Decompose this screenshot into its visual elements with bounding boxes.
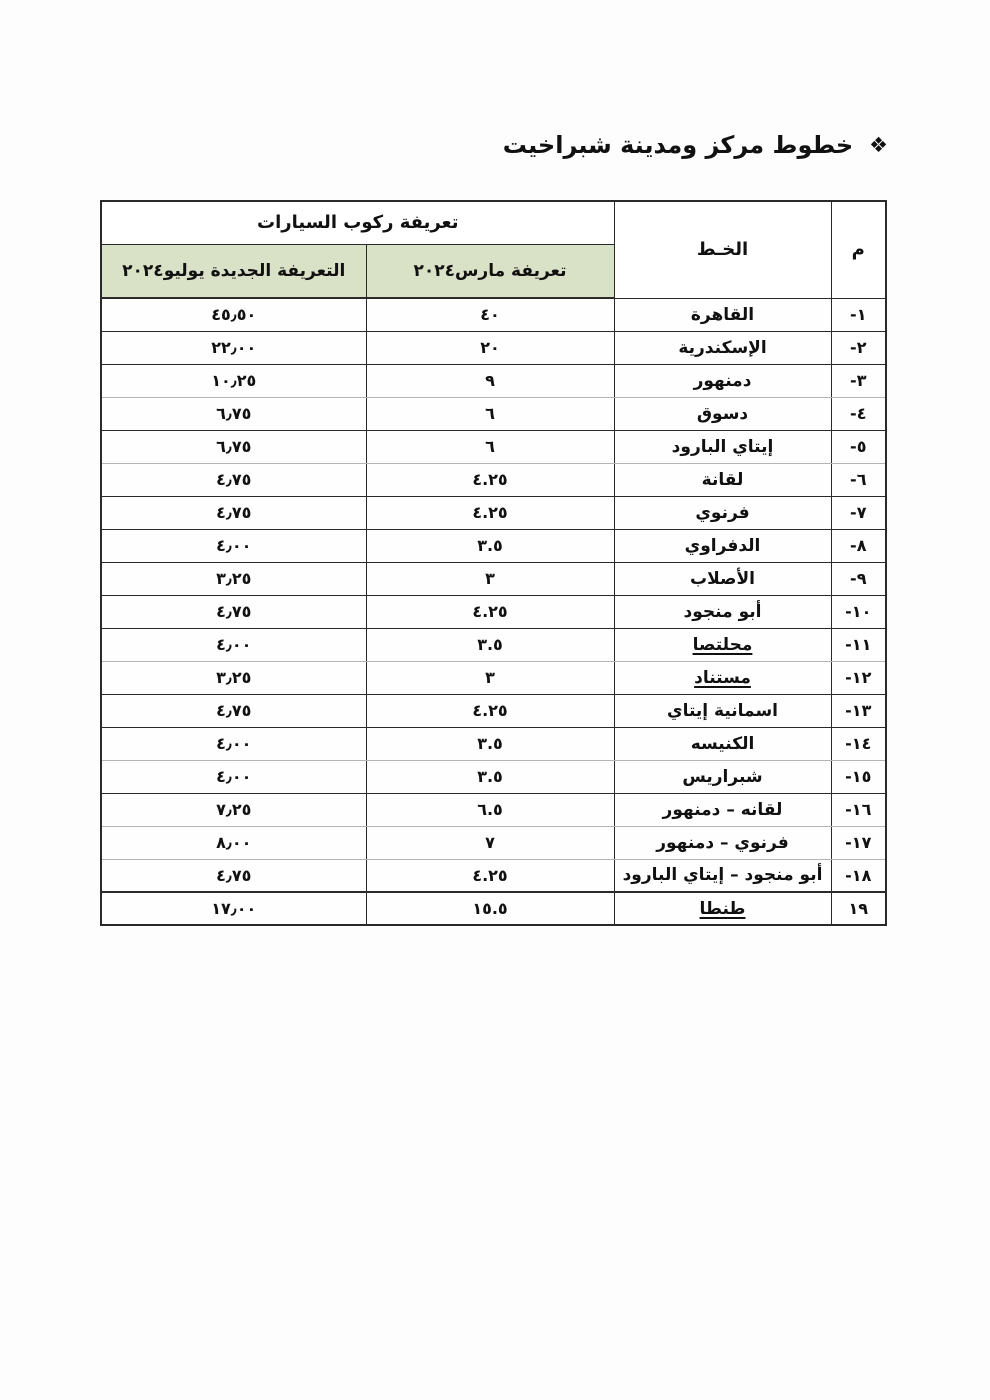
new-july-fare-cell: ٤٫٧٥: [101, 859, 366, 892]
header-march-2024: تعريفة مارس٢٠٢٤: [366, 244, 614, 298]
line-name-cell: القاهرة: [614, 298, 831, 331]
serial-cell: ٤-: [831, 397, 886, 430]
table-row: ٣-دمنهور٩١٠٫٢٥: [101, 364, 886, 397]
line-name-cell: الدفراوي: [614, 529, 831, 562]
march-fare-cell: ٤٠: [366, 298, 614, 331]
table-row: ١٧-فرنوي – دمنهور٧٨٫٠٠: [101, 826, 886, 859]
header-serial: م: [831, 201, 886, 298]
march-fare-cell: ٤.٢٥: [366, 463, 614, 496]
serial-cell: ٥-: [831, 430, 886, 463]
new-july-fare-cell: ٣٫٢٥: [101, 661, 366, 694]
table-row: ١٢-مستناد٣٣٫٢٥: [101, 661, 886, 694]
table-row: ١٦-لقانه – دمنهور٦.٥٧٫٢٥: [101, 793, 886, 826]
new-july-fare-cell: ٦٫٧٥: [101, 397, 366, 430]
serial-cell: ١٩: [831, 892, 886, 925]
table-body: ١-القاهرة٤٠٤٥٫٥٠٢-الإسكندرية٢٠٢٢٫٠٠٣-دمن…: [101, 298, 886, 925]
line-name-cell: طنطا: [614, 892, 831, 925]
line-name-cell: الإسكندرية: [614, 331, 831, 364]
new-july-fare-cell: ٤٫٠٠: [101, 760, 366, 793]
new-july-fare-cell: ٤٫٠٠: [101, 529, 366, 562]
march-fare-cell: ٦: [366, 397, 614, 430]
line-name-cell: الأصلاب: [614, 562, 831, 595]
new-july-fare-cell: ٤٫٧٥: [101, 463, 366, 496]
new-july-fare-cell: ١٠٫٢٥: [101, 364, 366, 397]
serial-cell: ١٦-: [831, 793, 886, 826]
line-name-cell: لقانه – دمنهور: [614, 793, 831, 826]
march-fare-cell: ٤.٢٥: [366, 496, 614, 529]
line-name-cell: إيتاي البارود: [614, 430, 831, 463]
new-july-fare-cell: ٤٫٠٠: [101, 628, 366, 661]
line-name-cell: أبو منجود: [614, 595, 831, 628]
new-july-fare-cell: ٤٫٧٥: [101, 595, 366, 628]
table-row: ٨-الدفراوي٣.٥٤٫٠٠: [101, 529, 886, 562]
table-row: ٦-لقانة٤.٢٥٤٫٧٥: [101, 463, 886, 496]
serial-cell: ١٨-: [831, 859, 886, 892]
line-name-cell: فرنوي: [614, 496, 831, 529]
march-fare-cell: ٧: [366, 826, 614, 859]
table-header: م الخـط تعريفة ركوب السيارات تعريفة مارس…: [101, 201, 886, 298]
new-july-fare-cell: ٤٫٧٥: [101, 496, 366, 529]
line-name-cell: الكنيسه: [614, 727, 831, 760]
serial-cell: ١-: [831, 298, 886, 331]
serial-cell: ٩-: [831, 562, 886, 595]
march-fare-cell: ٣: [366, 562, 614, 595]
document-page: ❖ خطوط مركز ومدينة شبراخيت م الخـط تعريف…: [0, 0, 990, 1400]
section-title-row: ❖ خطوط مركز ومدينة شبراخيت: [503, 131, 888, 159]
new-july-fare-cell: ٤٫٧٥: [101, 694, 366, 727]
table-row: ٩-الأصلاب٣٣٫٢٥: [101, 562, 886, 595]
underlined-line-name: طنطا: [700, 899, 746, 919]
table-row: ١٨-أبو منجود – إيتاي البارود٤.٢٥٤٫٧٥: [101, 859, 886, 892]
serial-cell: ١٢-: [831, 661, 886, 694]
line-name-cell: مستناد: [614, 661, 831, 694]
new-july-fare-cell: ٤٫٠٠: [101, 727, 366, 760]
march-fare-cell: ١٥.٥: [366, 892, 614, 925]
new-july-fare-cell: ٨٫٠٠: [101, 826, 366, 859]
line-name-cell: دسوق: [614, 397, 831, 430]
march-fare-cell: ٣.٥: [366, 628, 614, 661]
serial-cell: ٧-: [831, 496, 886, 529]
underlined-line-name: محلتصا: [693, 635, 753, 655]
march-fare-cell: ٣: [366, 661, 614, 694]
header-new-july-2024: التعريفة الجديدة يوليو٢٠٢٤: [101, 244, 366, 298]
march-fare-cell: ٤.٢٥: [366, 694, 614, 727]
line-name-cell: أبو منجود – إيتاي البارود: [614, 859, 831, 892]
serial-cell: ١٠-: [831, 595, 886, 628]
march-fare-cell: ٦: [366, 430, 614, 463]
march-fare-cell: ٢٠: [366, 331, 614, 364]
new-july-fare-cell: ٤٥٫٥٠: [101, 298, 366, 331]
table-row: ١٥-شبراريس٣.٥٤٫٠٠: [101, 760, 886, 793]
page-title: خطوط مركز ومدينة شبراخيت: [503, 131, 853, 159]
march-fare-cell: ٤.٢٥: [366, 859, 614, 892]
underlined-line-name: مستناد: [694, 668, 751, 688]
march-fare-cell: ٣.٥: [366, 529, 614, 562]
line-name-cell: لقانة: [614, 463, 831, 496]
line-name-cell: دمنهور: [614, 364, 831, 397]
march-fare-cell: ٣.٥: [366, 760, 614, 793]
serial-cell: ٨-: [831, 529, 886, 562]
serial-cell: ١٧-: [831, 826, 886, 859]
march-fare-cell: ٦.٥: [366, 793, 614, 826]
serial-cell: ٢-: [831, 331, 886, 364]
table-row: ١٤-الكنيسه٣.٥٤٫٠٠: [101, 727, 886, 760]
serial-cell: ١٥-: [831, 760, 886, 793]
new-july-fare-cell: ٦٫٧٥: [101, 430, 366, 463]
table-row: ٧-فرنوي٤.٢٥٤٫٧٥: [101, 496, 886, 529]
line-name-cell: محلتصا: [614, 628, 831, 661]
fare-tariff-table: م الخـط تعريفة ركوب السيارات تعريفة مارس…: [100, 200, 887, 926]
march-fare-cell: ٤.٢٥: [366, 595, 614, 628]
serial-cell: ١١-: [831, 628, 886, 661]
line-name-cell: شبراريس: [614, 760, 831, 793]
line-name-cell: اسمانية إيتاي: [614, 694, 831, 727]
header-line: الخـط: [614, 201, 831, 298]
march-fare-cell: ٩: [366, 364, 614, 397]
diamond-bullet-icon: ❖: [869, 135, 888, 156]
serial-cell: ١٣-: [831, 694, 886, 727]
table-row: ٤-دسوق٦٦٫٧٥: [101, 397, 886, 430]
line-name-cell: فرنوي – دمنهور: [614, 826, 831, 859]
table-row: ١٩طنطا١٥.٥١٧٫٠٠: [101, 892, 886, 925]
table-row: ٢-الإسكندرية٢٠٢٢٫٠٠: [101, 331, 886, 364]
table-row: ١٣-اسمانية إيتاي٤.٢٥٤٫٧٥: [101, 694, 886, 727]
table-row: ٥-إيتاي البارود٦٦٫٧٥: [101, 430, 886, 463]
table-row: ١٠-أبو منجود٤.٢٥٤٫٧٥: [101, 595, 886, 628]
new-july-fare-cell: ٧٫٢٥: [101, 793, 366, 826]
header-fare-group: تعريفة ركوب السيارات: [101, 201, 614, 244]
new-july-fare-cell: ٢٢٫٠٠: [101, 331, 366, 364]
table-row: ١١-محلتصا٣.٥٤٫٠٠: [101, 628, 886, 661]
serial-cell: ١٤-: [831, 727, 886, 760]
march-fare-cell: ٣.٥: [366, 727, 614, 760]
new-july-fare-cell: ١٧٫٠٠: [101, 892, 366, 925]
serial-cell: ٣-: [831, 364, 886, 397]
serial-cell: ٦-: [831, 463, 886, 496]
table-row: ١-القاهرة٤٠٤٥٫٥٠: [101, 298, 886, 331]
new-july-fare-cell: ٣٫٢٥: [101, 562, 366, 595]
